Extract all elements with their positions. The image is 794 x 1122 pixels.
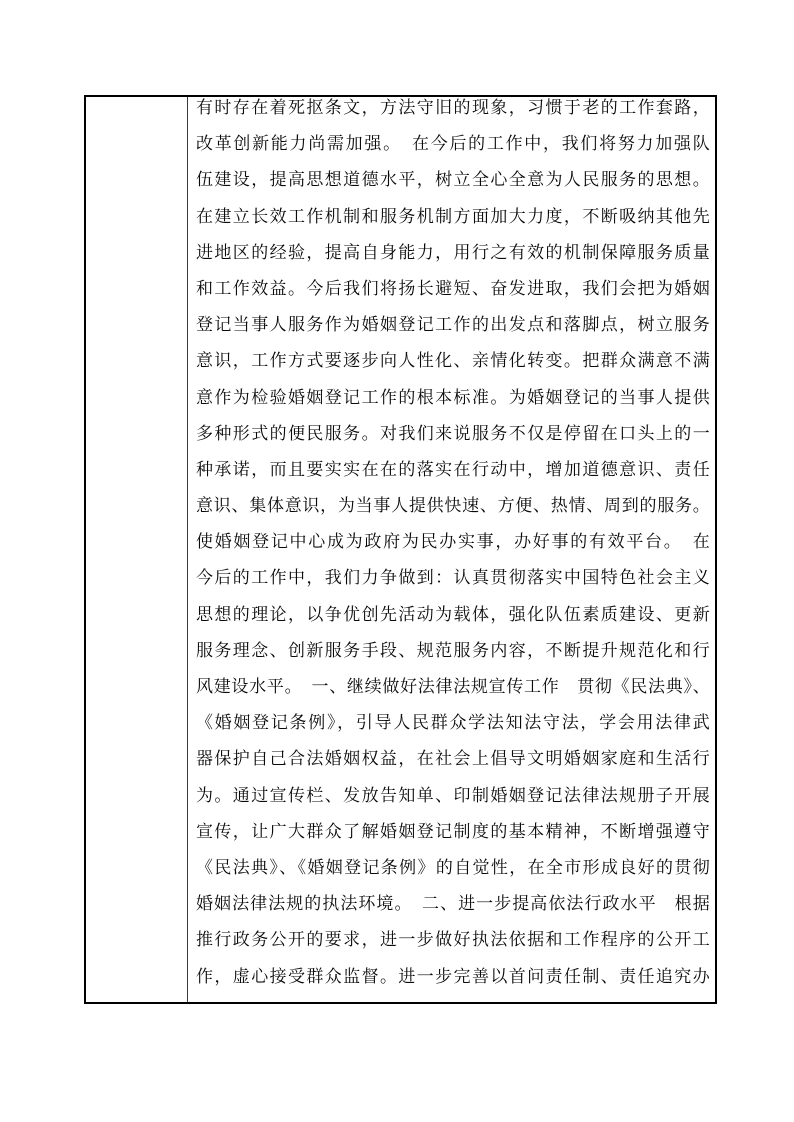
text-line: 作，虚心接受群众监督。进一步完善以首问责任制、责任追究办 [196,959,710,995]
text-line: 有时存在着死抠条文，方法守旧的现象，习惯于老的工作套路， [196,97,710,126]
text-line: 和工作效益。今后我们将扬长避短、奋发进取，我们会把为婚姻 [196,271,710,307]
document-page: 有时存在着死抠条文，方法守旧的现象，习惯于老的工作套路，改革创新能力尚需加强。 … [0,0,794,1122]
text-line: 风建设水平。 一、继续做好法律法规宣传工作 贯彻《民法典》、 [196,669,710,705]
text-line: 意识，工作方式要逐步向人性化、亲情化转变。把群众满意不满 [196,343,710,379]
table-body-cell: 有时存在着死抠条文，方法守旧的现象，习惯于老的工作套路，改革创新能力尚需加强。 … [188,97,715,1002]
text-line: 今后的工作中，我们力争做到：认真贯彻落实中国特色社会主义 [196,560,710,596]
text-line: 改革创新能力尚需加强。 在今后的工作中，我们将努力加强队 [196,126,710,162]
text-line: 伍建设，提高思想道德水平，树立全心全意为人民服务的思想。 [196,162,710,198]
paragraph-lines: 有时存在着死抠条文，方法守旧的现象，习惯于老的工作套路，改革创新能力尚需加强。 … [196,97,710,995]
text-line: 婚姻法律法规的执法环境。 二、进一步提高依法行政水平 根据 [196,886,710,922]
text-line: 服务理念、创新服务手段、规范服务内容，不断提升规范化和行 [196,633,710,669]
text-line: 使婚姻登记中心成为政府为民办实事，办好事的有效平台。 在 [196,524,710,560]
text-line: 为。通过宣传栏、发放告知单、印制婚姻登记法律法规册子开展 [196,778,710,814]
table-stub-cell [86,97,188,1002]
text-line: 宣传，让广大群众了解婚姻登记制度的基本精神，不断增强遵守 [196,814,710,850]
text-line: 意作为检验婚姻登记工作的根本标准。为婚姻登记的当事人提供 [196,380,710,416]
text-line: 推行政务公开的要求，进一步做好执法依据和工作程序的公开工 [196,922,710,958]
text-line: 进地区的经验，提高自身能力，用行之有效的机制保障服务质量 [196,235,710,271]
text-line: 《婚姻登记条例》，引导人民群众学法知法守法，学会用法律武 [196,705,710,741]
text-line: 登记当事人服务作为婚姻登记工作的出发点和落脚点，树立服务 [196,307,710,343]
text-line: 意识、集体意识，为当事人提供快速、方便、热情、周到的服务。 [196,488,710,524]
text-line: 器保护自己合法婚姻权益，在社会上倡导文明婚姻家庭和生活行 [196,741,710,777]
content-table: 有时存在着死抠条文，方法守旧的现象，习惯于老的工作套路，改革创新能力尚需加强。 … [84,95,717,1004]
text-line: 在建立长效工作机制和服务机制方面加大力度，不断吸纳其他先 [196,199,710,235]
text-line: 思想的理论，以争优创先活动为载体，强化队伍素质建设、更新 [196,597,710,633]
text-line: 《民法典》、《婚姻登记条例》的自觉性，在全市形成良好的贯彻 [196,850,710,886]
text-line: 种承诺，而且要实实在在的落实在行动中，增加道德意识、责任 [196,452,710,488]
text-line: 多种形式的便民服务。对我们来说服务不仅是停留在口头上的一 [196,416,710,452]
